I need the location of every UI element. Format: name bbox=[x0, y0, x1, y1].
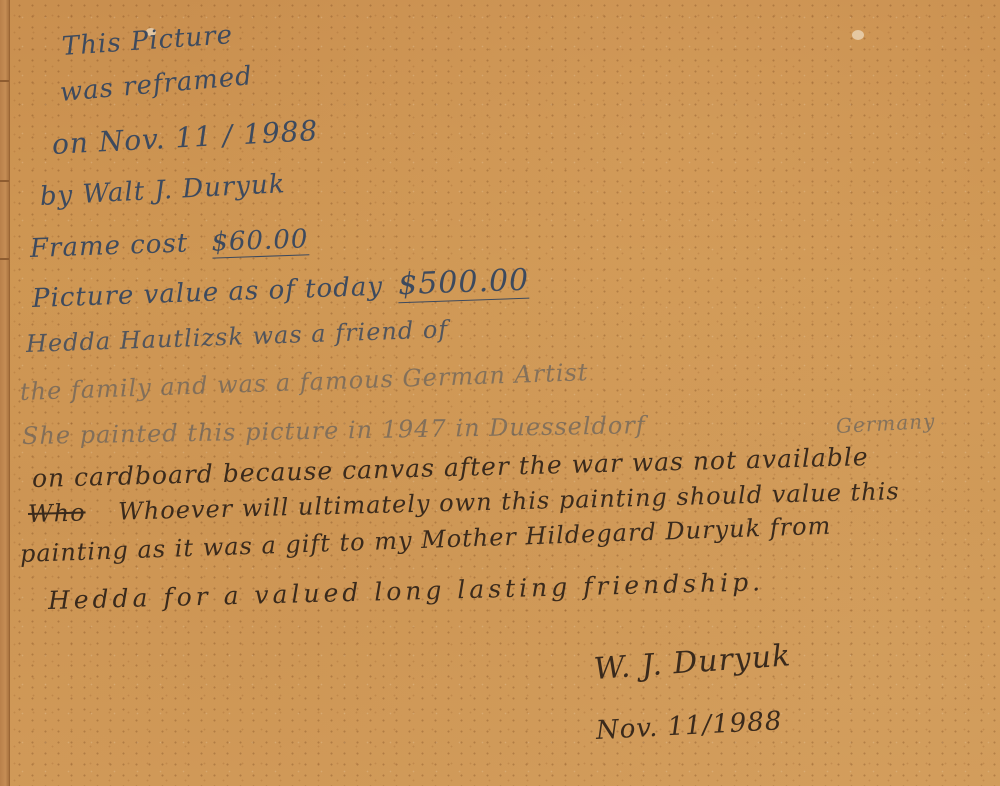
edge-notch bbox=[0, 80, 9, 82]
note-line-frame-cost: Frame cost $60.00 bbox=[29, 224, 308, 264]
note-line-was-reframed: was reframed bbox=[59, 61, 254, 108]
note-line-reframed-by: by Walt J. Duryuk bbox=[39, 169, 286, 212]
note-line-reframe-date: on Nov. 11 / 1988 bbox=[51, 114, 319, 161]
edge-notch bbox=[0, 258, 9, 260]
signature-date: Nov. 11/1988 bbox=[595, 706, 783, 746]
picture-value-label: Picture value as of today bbox=[32, 272, 384, 314]
note-line-picture-value: Picture value as of today $500.00 bbox=[31, 263, 529, 315]
note-line-this-picture: This Picture bbox=[61, 20, 234, 62]
struck-word: Who bbox=[28, 498, 86, 527]
note-line-germany: Germany bbox=[835, 409, 936, 438]
paper-scuff bbox=[852, 30, 864, 40]
frame-cost-value: $60.00 bbox=[211, 224, 309, 258]
note-line-painted-year: She painted this picture in 1947 in Dues… bbox=[22, 411, 646, 450]
signature-name: W. J. Duryuk bbox=[593, 638, 793, 687]
edge-notch bbox=[0, 180, 9, 182]
note-line-artist-friend: Hedda Hautlizsk was a friend of bbox=[26, 315, 449, 358]
cardboard-backing: This Picture was reframed on Nov. 11 / 1… bbox=[0, 0, 1000, 786]
note-line-friendship: Hedda for a valued long lasting friendsh… bbox=[48, 567, 765, 615]
frame-cost-label: Frame cost bbox=[29, 228, 188, 264]
frame-edge-strip bbox=[0, 0, 10, 786]
note-line-famous-artist: the family and was a famous German Artis… bbox=[20, 358, 589, 406]
picture-value-amount: $500.00 bbox=[398, 263, 530, 304]
